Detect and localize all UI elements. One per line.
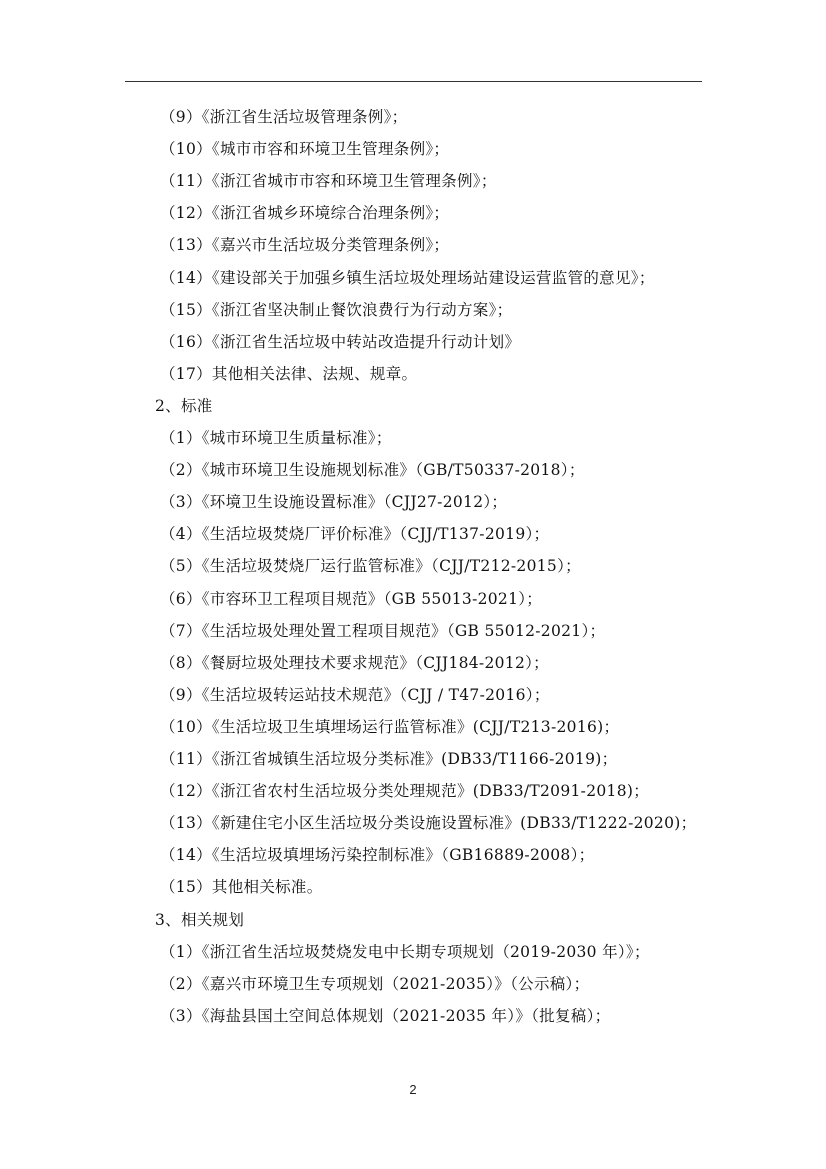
section-heading: 2、标准 [155,396,213,416]
reference-list-item: （14）《生活垃圾填埋场污染控制标准》（GB16889-2008）； [160,845,594,865]
reference-list-item: （13）《新建住宅小区生活垃圾分类设施设置标准》(DB33/T1222-2020… [160,813,696,833]
reference-list-item: （13）《嘉兴市生活垃圾分类管理条例》； [160,235,449,255]
reference-list-item: （15）《浙江省坚决制止餐饮浪费行为行动方案》； [160,300,512,320]
reference-list-item: （15）其他相关标准。 [160,877,323,897]
reference-list-item: （14）《建设部关于加强乡镇生活垃圾处理场站建设运营监管的意见》； [160,268,655,288]
reference-list-item: （2）《城市环境卫生设施规划标准》（GB/T50337-2018）； [160,460,585,480]
reference-list-item: （9）《生活垃圾转运站技术规范》（CJJ / T47-2016）； [160,685,550,705]
reference-list-item: （8）《餐厨垃圾处理技术要求规范》（CJJ184-2012）； [160,653,549,673]
reference-list-item: （12）《浙江省农村生活垃圾分类处理规范》(DB33/T2091-2018)； [160,781,649,801]
reference-list-item: （4）《生活垃圾焚烧厂评价标准》（CJJ/T137-2019）； [160,524,549,544]
reference-list-item: （2）《嘉兴市环境卫生专项规划（2021-2035）》（公示稿）； [160,974,589,994]
reference-list-item: （10）《生活垃圾卫生填埋场运行监管标准》(CJJ/T213-2016)； [160,717,619,737]
reference-list-item: （6）《市容环卫工程项目规范》（GB 55013-2021）； [160,589,542,609]
reference-list-item: （1）《浙江省生活垃圾焚烧发电中长期专项规划（2019-2030 年）》； [160,942,650,962]
reference-list-item: （1）《城市环境卫生质量标准》； [160,428,392,448]
reference-list-item: （16）《浙江省生活垃圾中转站改造提升行动计划》 [160,332,520,352]
reference-list-item: （10）《城市市容和环境卫生管理条例》； [160,139,449,159]
reference-list-item: （11）《浙江省城镇生活垃圾分类标准》(DB33/T1166-2019)； [160,749,617,769]
reference-list-item: （7）《生活垃圾处理处置工程项目规范》（GB 55012-2021）； [160,621,605,641]
reference-list-item: （9）《浙江省生活垃圾管理条例》； [160,107,407,127]
reference-list-item: （5）《生活垃圾焚烧厂运行监管标准》（CJJ/T212-2015）； [160,556,581,576]
section-heading: 3、相关规划 [155,910,244,930]
reference-list-item: （17）其他相关法律、法规、规章。 [160,364,417,384]
page-number: 2 [0,1082,826,1097]
reference-list-item: （12）《浙江省城乡环境综合治理条例》； [160,203,449,223]
header-rule [125,81,702,82]
reference-list-item: （3）《环境卫生设施设置标准》（CJJ27-2012）； [160,492,507,512]
reference-list-item: （11）《浙江省城市市容和环境卫生管理条例》； [160,171,497,191]
reference-list-item: （3）《海盐县国土空间总体规划（2021-2035 年）》（批复稿）； [160,1006,610,1026]
